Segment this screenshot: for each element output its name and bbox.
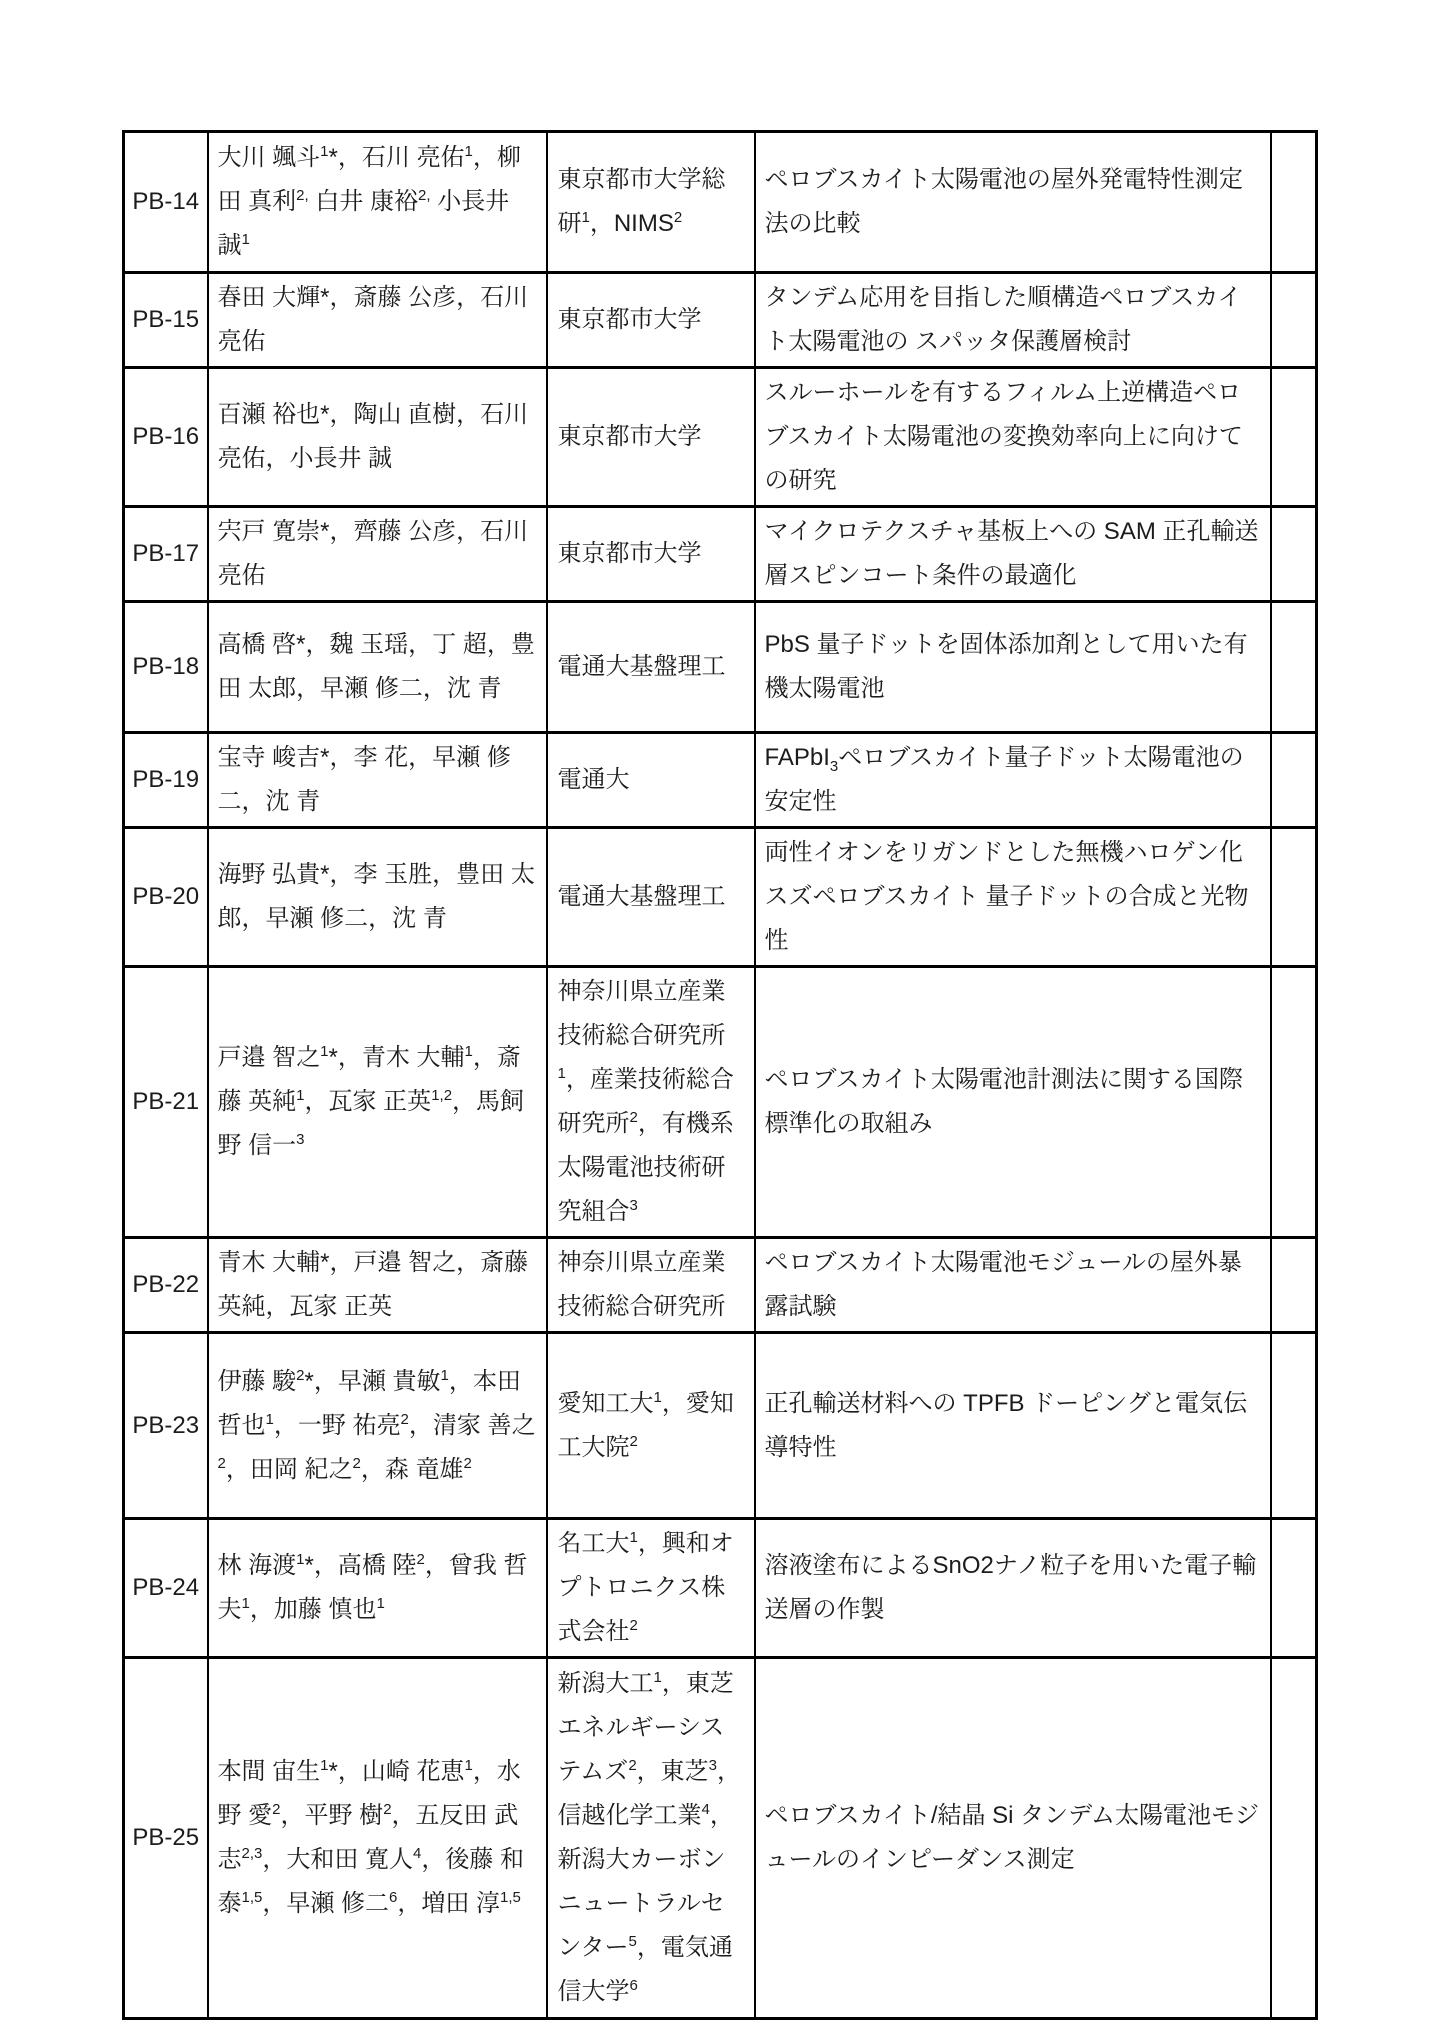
notes-cell (1271, 507, 1317, 602)
table-row: PB-14 大川 颯斗1*，石川 亮佑1，柳田 真利2, 白井 康裕2, 小長井… (124, 132, 1317, 273)
affiliation-cell: 東京都市大学 (547, 507, 755, 602)
table-row: PB-21 戸邉 智之1*，青木 大輔1，斎藤 英純1，瓦家 正英1,2，馬飼野… (124, 967, 1317, 1238)
title-cell: 溶液塗布によるSnO2ナノ粒子を用いた電子輸送層の作製 (755, 1519, 1271, 1658)
program-page: PB-14 大川 颯斗1*，石川 亮佑1，柳田 真利2, 白井 康裕2, 小長井… (0, 0, 1440, 2040)
paper-id: PB-24 (124, 1519, 208, 1658)
paper-id: PB-16 (124, 368, 208, 507)
paper-id: PB-23 (124, 1333, 208, 1519)
authors-cell: 戸邉 智之1*，青木 大輔1，斎藤 英純1，瓦家 正英1,2，馬飼野 信一3 (208, 967, 547, 1238)
notes-cell (1271, 273, 1317, 368)
authors-cell: 百瀬 裕也*，陶山 直樹，石川 亮佑，小長井 誠 (208, 368, 547, 507)
paper-id: PB-21 (124, 967, 208, 1238)
notes-cell (1271, 828, 1317, 967)
title-cell: ペロブスカイト/結晶 Si タンデム太陽電池モジュールのインピーダンス測定 (755, 1658, 1271, 2019)
table-row: PB-17 宍戸 寛崇*，齊藤 公彦，石川 亮佑 東京都市大学 マイクロテクスチ… (124, 507, 1317, 602)
table-row: PB-15 春田 大輝*，斎藤 公彦，石川 亮佑 東京都市大学 タンデム応用を目… (124, 273, 1317, 368)
table-row: PB-20 海野 弘貴*，李 玉胜，豊田 太郎，早瀬 修二，沈 青 電通大基盤理… (124, 828, 1317, 967)
affiliation-cell: 電通大基盤理工 (547, 602, 755, 733)
notes-cell (1271, 602, 1317, 733)
table-row: PB-25 本間 宙生1*，山崎 花恵1，水野 愛2，平野 樹2，五反田 武志2… (124, 1658, 1317, 2019)
title-cell: スルーホールを有するフィルム上逆構造ペロブスカイト太陽電池の変換効率向上に向けて… (755, 368, 1271, 507)
table-row: PB-23 伊藤 駿2*，早瀬 貴敏1，本田 哲也1，一野 祐亮2，清家 善之2… (124, 1333, 1317, 1519)
notes-cell (1271, 1658, 1317, 2019)
notes-cell (1271, 1238, 1317, 1333)
table-row: PB-18 高橋 啓*，魏 玉瑶，丁 超，豊田 太郎，早瀬 修二，沈 青 電通大… (124, 602, 1317, 733)
affiliation-cell: 名工大1，興和オプトロニクス株式会社2 (547, 1519, 755, 1658)
notes-cell (1271, 967, 1317, 1238)
program-table: PB-14 大川 颯斗1*，石川 亮佑1，柳田 真利2, 白井 康裕2, 小長井… (122, 130, 1318, 2020)
title-cell: ペロブスカイト太陽電池の屋外発電特性測定法の比較 (755, 132, 1271, 273)
paper-id: PB-25 (124, 1658, 208, 2019)
affiliation-cell: 東京都市大学 (547, 273, 755, 368)
paper-id: PB-19 (124, 733, 208, 828)
authors-cell: 春田 大輝*，斎藤 公彦，石川 亮佑 (208, 273, 547, 368)
affiliation-cell: 東京都市大学総研1，NIMS2 (547, 132, 755, 273)
title-cell: FAPbI3ペロブスカイト量子ドット太陽電池の安定性 (755, 733, 1271, 828)
authors-cell: 海野 弘貴*，李 玉胜，豊田 太郎，早瀬 修二，沈 青 (208, 828, 547, 967)
authors-cell: 宍戸 寛崇*，齊藤 公彦，石川 亮佑 (208, 507, 547, 602)
affiliation-cell: 電通大基盤理工 (547, 828, 755, 967)
notes-cell (1271, 1519, 1317, 1658)
table-row: PB-24 林 海渡1*，高橋 陸2，曾我 哲夫1，加藤 慎也1 名工大1，興和… (124, 1519, 1317, 1658)
authors-cell: 宝寺 峻吉*，李 花，早瀬 修二，沈 青 (208, 733, 547, 828)
affiliation-cell: 神奈川県立産業技術総合研究所1，産業技術総合研究所2，有機系太陽電池技術研究組合… (547, 967, 755, 1238)
title-cell: マイクロテクスチャ基板上への SAM 正孔輸送層スピンコート条件の最適化 (755, 507, 1271, 602)
table-row: PB-16 百瀬 裕也*，陶山 直樹，石川 亮佑，小長井 誠 東京都市大学 スル… (124, 368, 1317, 507)
notes-cell (1271, 132, 1317, 273)
table-row: PB-19 宝寺 峻吉*，李 花，早瀬 修二，沈 青 電通大 FAPbI3ペロブ… (124, 733, 1317, 828)
title-cell: PbS 量子ドットを固体添加剤として用いた有機太陽電池 (755, 602, 1271, 733)
authors-cell: 青木 大輔*，戸邉 智之，斎藤 英純，瓦家 正英 (208, 1238, 547, 1333)
authors-cell: 大川 颯斗1*，石川 亮佑1，柳田 真利2, 白井 康裕2, 小長井 誠1 (208, 132, 547, 273)
authors-cell: 林 海渡1*，高橋 陸2，曾我 哲夫1，加藤 慎也1 (208, 1519, 547, 1658)
authors-cell: 高橋 啓*，魏 玉瑶，丁 超，豊田 太郎，早瀬 修二，沈 青 (208, 602, 547, 733)
title-cell: ペロブスカイト太陽電池計測法に関する国際標準化の取組み (755, 967, 1271, 1238)
paper-id: PB-15 (124, 273, 208, 368)
affiliation-cell: 愛知工大1，愛知工大院2 (547, 1333, 755, 1519)
affiliation-cell: 新潟大工1，東芝エネルギーシステムズ2，東芝3，信越化学工業4，新潟大カーボンニ… (547, 1658, 755, 2019)
table-row: PB-22 青木 大輔*，戸邉 智之，斎藤 英純，瓦家 正英 神奈川県立産業技術… (124, 1238, 1317, 1333)
notes-cell (1271, 733, 1317, 828)
paper-id: PB-17 (124, 507, 208, 602)
affiliation-cell: 東京都市大学 (547, 368, 755, 507)
paper-id: PB-20 (124, 828, 208, 967)
authors-cell: 本間 宙生1*，山崎 花恵1，水野 愛2，平野 樹2，五反田 武志2,3，大和田… (208, 1658, 547, 2019)
paper-id: PB-22 (124, 1238, 208, 1333)
affiliation-cell: 電通大 (547, 733, 755, 828)
title-cell: 両性イオンをリガンドとした無機ハロゲン化スズペロブスカイト 量子ドットの合成と光… (755, 828, 1271, 967)
paper-id: PB-18 (124, 602, 208, 733)
notes-cell (1271, 368, 1317, 507)
authors-cell: 伊藤 駿2*，早瀬 貴敏1，本田 哲也1，一野 祐亮2，清家 善之2，田岡 紀之… (208, 1333, 547, 1519)
affiliation-cell: 神奈川県立産業技術総合研究所 (547, 1238, 755, 1333)
notes-cell (1271, 1333, 1317, 1519)
paper-id: PB-14 (124, 132, 208, 273)
title-cell: 正孔輸送材料への TPFB ドーピングと電気伝導特性 (755, 1333, 1271, 1519)
title-cell: タンデム応用を目指した順構造ペロブスカイト太陽電池の スパッタ保護層検討 (755, 273, 1271, 368)
title-cell: ペロブスカイト太陽電池モジュールの屋外暴露試験 (755, 1238, 1271, 1333)
